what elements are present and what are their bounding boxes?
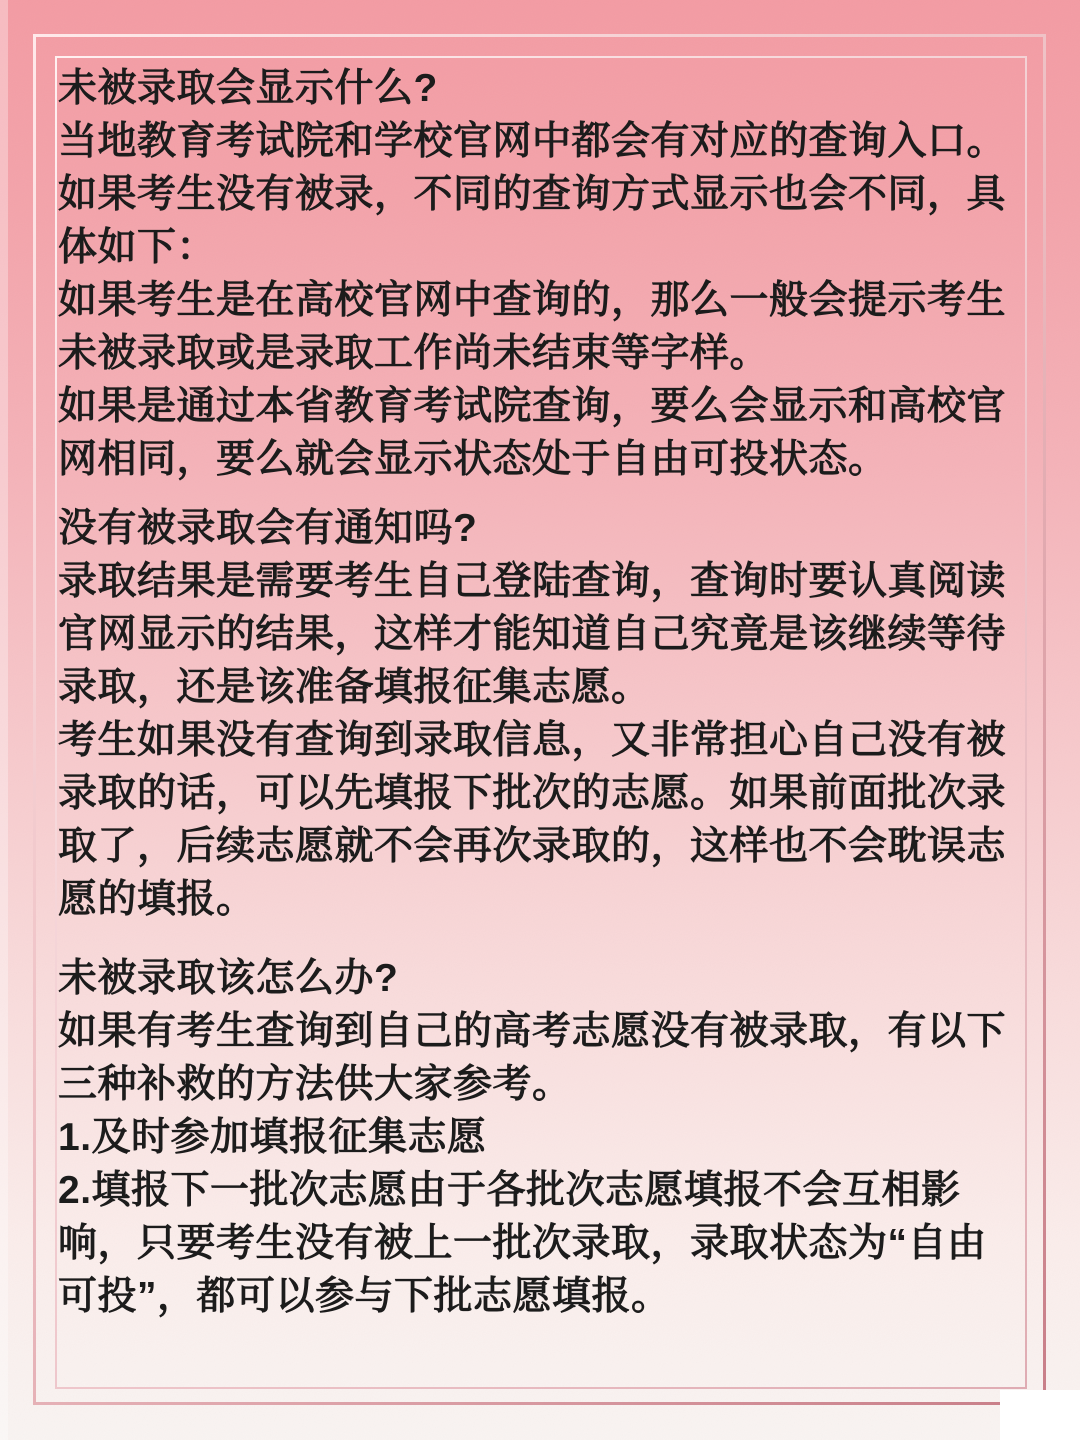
paragraph: 如果考生是在高校官网中查询的，那么一般会提示考生未被录取或是录取工作尚未结束等字…: [58, 274, 1024, 380]
paragraph: 录取结果是需要考生自己登陆查询，查询时要认真阅读官网显示的结果，这样才能知道自己…: [58, 555, 1024, 714]
bottom-right-white-patch: [1000, 1390, 1080, 1440]
section-unadmitted-display: 未被录取会显示什么? 当地教育考试院和学校官网中都会有对应的查询入口。如果考生没…: [58, 62, 1024, 486]
article-text: 未被录取会显示什么? 当地教育考试院和学校官网中都会有对应的查询入口。如果考生没…: [58, 62, 1024, 1323]
paragraph: 如果是通过本省教育考试院查询，要么会显示和高校官网相同，要么就会显示状态处于自由…: [58, 380, 1024, 486]
paragraph: 2.填报下一批次志愿由于各批次志愿填报不会互相影响，只要考生没有被上一批次录取，…: [58, 1164, 1024, 1323]
section-remedies: 未被录取该怎么办? 如果有考生查询到自己的高考志愿没有被录取，有以下三种补救的方…: [58, 952, 1024, 1323]
paragraph: 如果有考生查询到自己的高考志愿没有被录取，有以下三种补救的方法供大家参考。: [58, 1005, 1024, 1111]
paragraph: 考生如果没有查询到录取信息，又非常担心自己没有被录取的话，可以先填报下批次的志愿…: [58, 714, 1024, 926]
paragraph: 当地教育考试院和学校官网中都会有对应的查询入口。如果考生没有被录，不同的查询方式…: [58, 115, 1024, 274]
admission-info-card: 未被录取会显示什么? 当地教育考试院和学校官网中都会有对应的查询入口。如果考生没…: [0, 0, 1080, 1440]
section-heading: 未被录取会显示什么?: [58, 62, 1024, 115]
section-notification: 没有被录取会有通知吗? 录取结果是需要考生自己登陆查询，查询时要认真阅读官网显示…: [58, 502, 1024, 926]
paragraph: 1.及时参加填报征集志愿: [58, 1111, 1024, 1164]
section-heading: 没有被录取会有通知吗?: [58, 502, 1024, 555]
left-edge-light-strip: [0, 0, 8, 1440]
section-heading: 未被录取该怎么办?: [58, 952, 1024, 1005]
